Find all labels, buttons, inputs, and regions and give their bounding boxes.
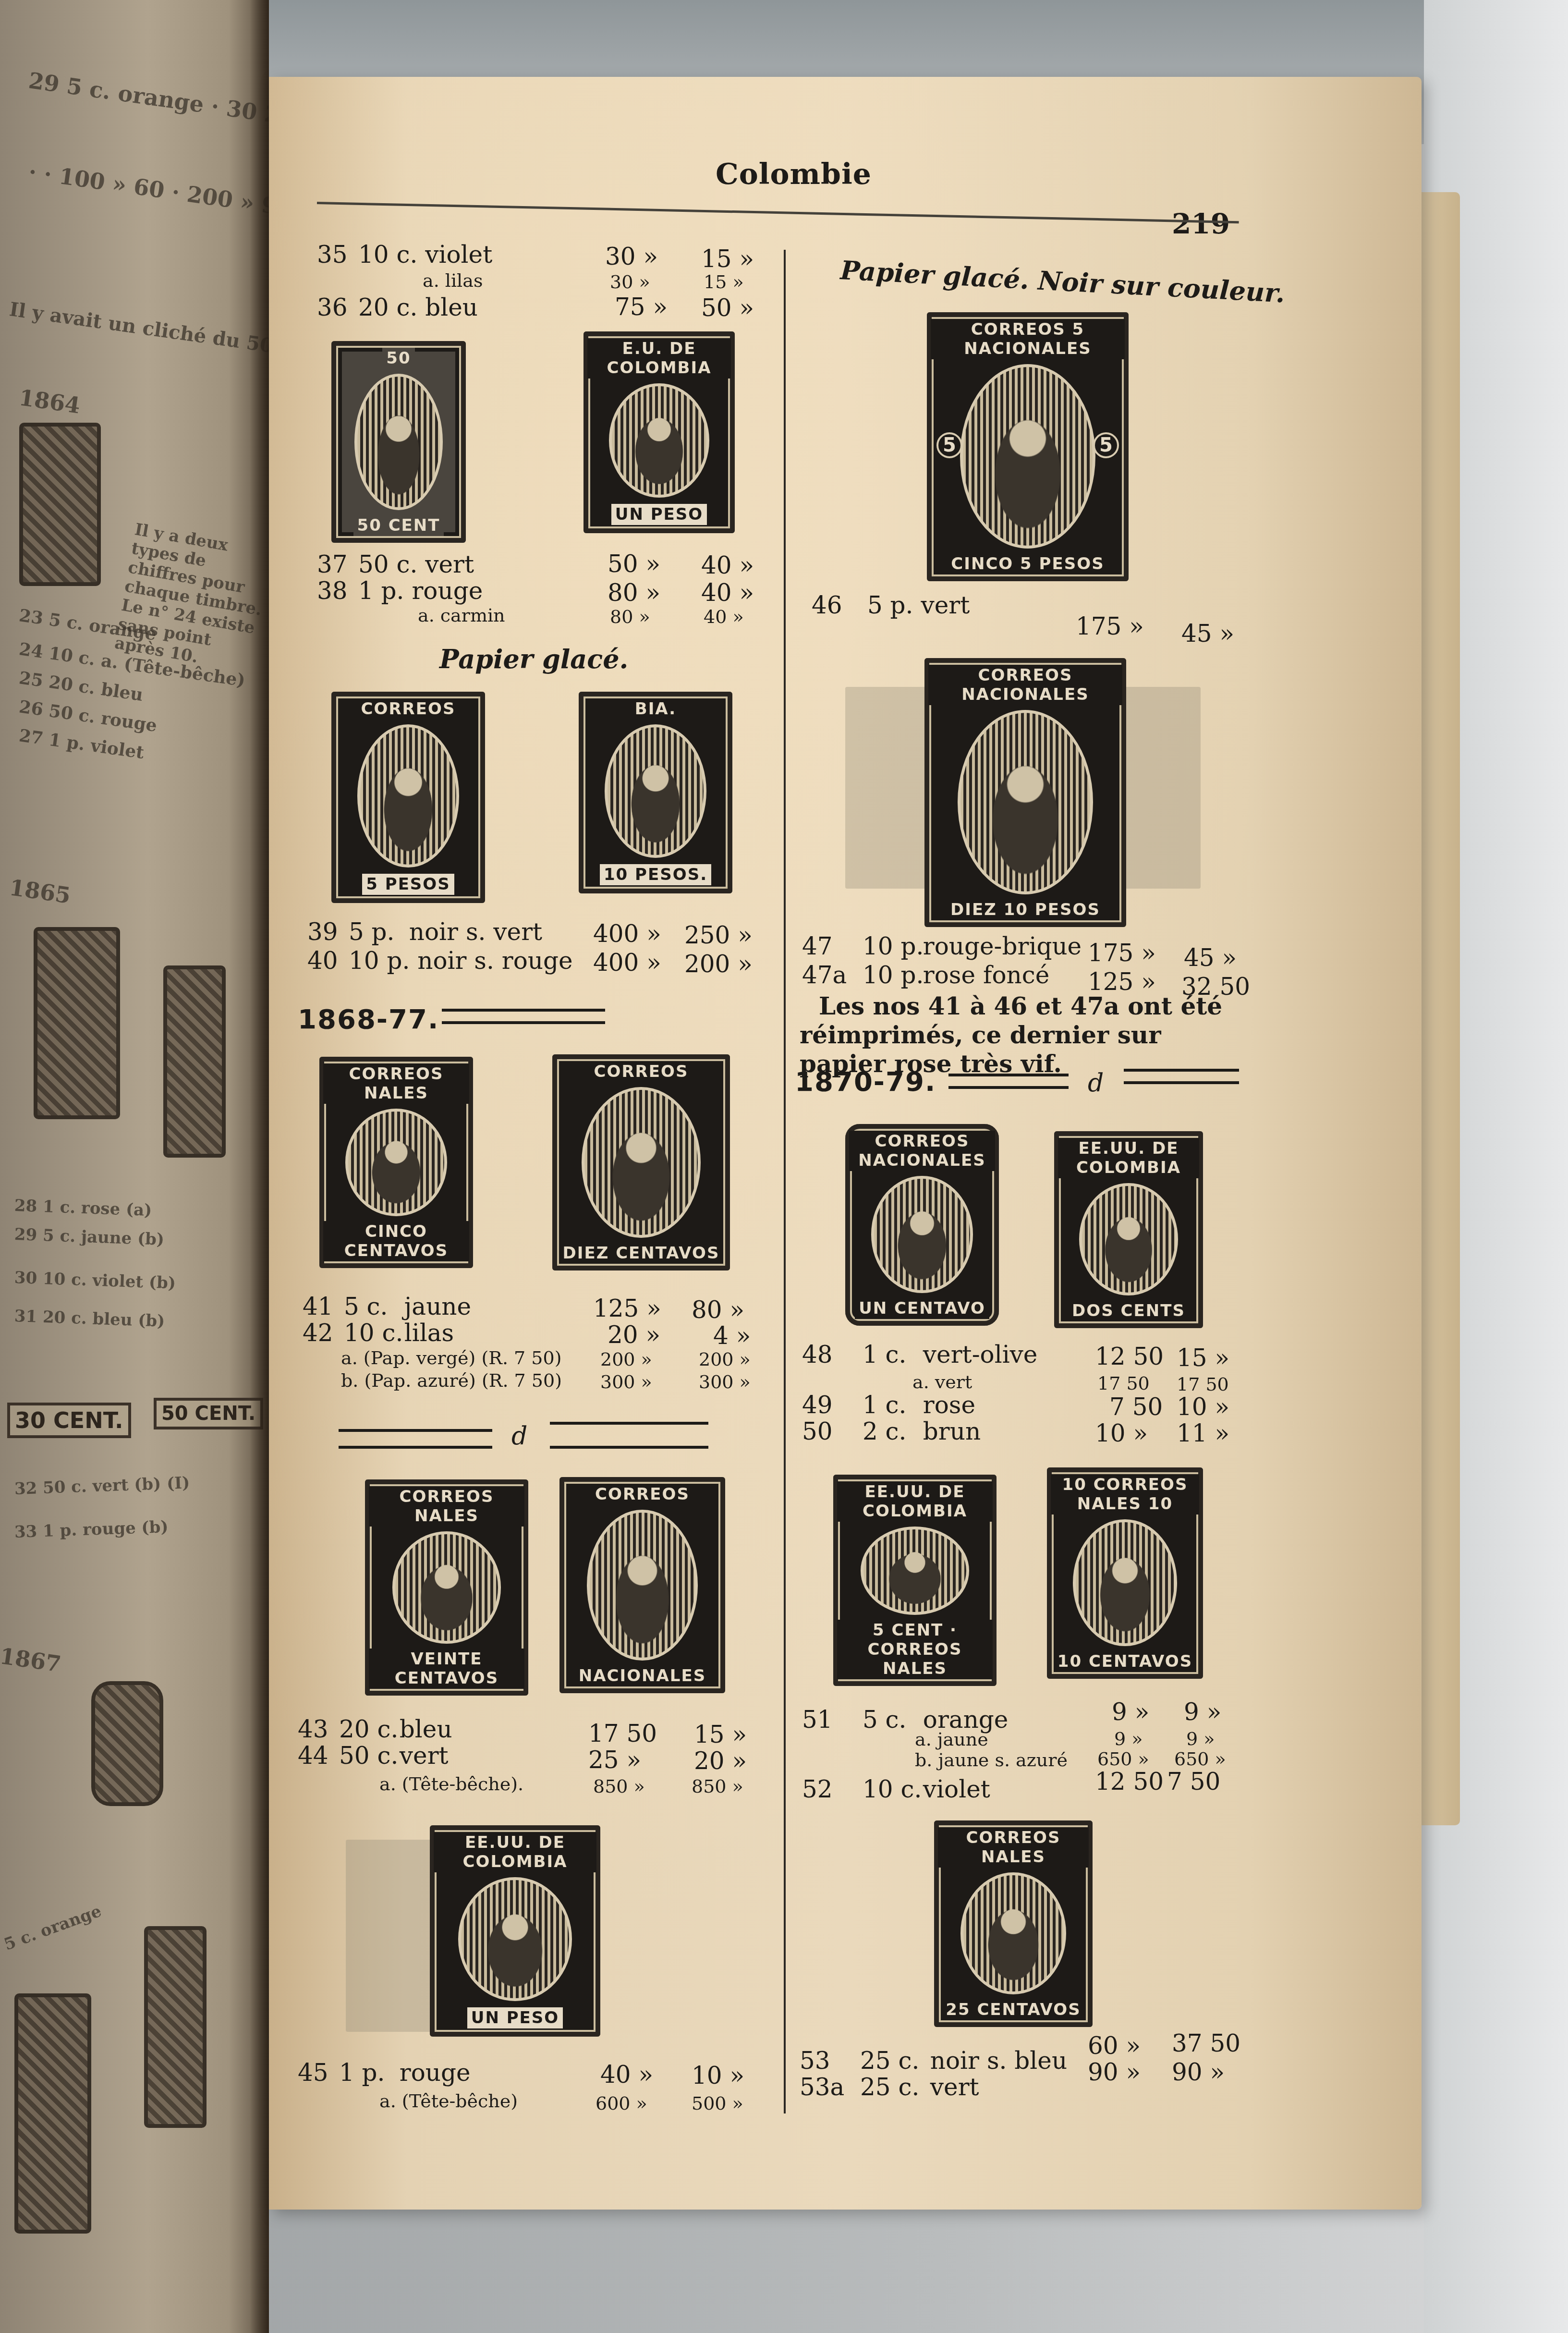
stamp-value: 50 <box>382 348 414 369</box>
entry-number: 44 <box>298 1744 331 1768</box>
stamp-image <box>14 1993 91 2234</box>
catalog-entry: 37 50 c. vert <box>317 552 474 576</box>
price-unused: 400 » <box>593 949 661 977</box>
catalog-entry: 53a 25 c. vert <box>800 2075 979 2099</box>
stamp-caption: 10 CENTAVOS <box>1054 1651 1196 1672</box>
price-used: 50 » <box>701 294 754 322</box>
price-unused: 850 » <box>593 1776 645 1797</box>
stamp-caption: UN CENTAVO <box>855 1298 989 1319</box>
catalog-entry: 47 10 p. rouge-brique <box>802 934 1082 958</box>
catalog-subentry: a. (Tête-bêche) <box>379 2092 518 2110</box>
price-unused: 125 » <box>593 1295 661 1322</box>
stamp-caption: CINCO 5 PESOS <box>947 553 1108 574</box>
stamp-image-10c-1870: 10 CORREOS NALES 10 10 CENTAVOS <box>1047 1467 1203 1679</box>
previous-page-note: Il y a deux types de chiffres pour chaqu… <box>113 520 269 677</box>
price-unused: 40 » <box>600 2061 653 2089</box>
price-unused: 9 » <box>1114 1728 1143 1749</box>
entry-color: jaune <box>404 1295 471 1319</box>
entry-value: 50 c. <box>358 552 417 576</box>
stamp-image-50c: 50 50 CENT <box>331 341 466 543</box>
stamp-caption: CORREOS NALES <box>938 1827 1089 1868</box>
catalog-entry: 35 10 c. violet <box>317 243 492 267</box>
price-used: 300 » <box>699 1371 751 1392</box>
page-edges <box>1422 192 1460 1825</box>
entry-number: 35 <box>317 243 351 267</box>
entry-color: rouge-brique <box>923 934 1082 958</box>
stamp-side-value: 5 <box>1093 432 1119 458</box>
price-unused: 50 » <box>608 550 660 578</box>
stamp-caption: CINCO CENTAVOS <box>323 1221 469 1261</box>
catalog-entry: 47a 10 p. rose foncé <box>802 963 1049 987</box>
type-mark: d <box>511 1422 527 1451</box>
coat-of-arms <box>958 710 1094 894</box>
page-title: Colombie <box>716 158 872 191</box>
entry-color: rose <box>923 1393 975 1417</box>
coat-of-arms <box>1079 1183 1178 1295</box>
stamp-caption: NACIONALES <box>575 1665 710 1686</box>
catalog-entry: 51 5 c. orange <box>802 1708 1008 1732</box>
stamp-caption: CORREOS <box>357 698 460 720</box>
price-unused: 75 » <box>615 293 668 321</box>
entry-color: violet <box>923 1777 990 1801</box>
price-unused: 60 » <box>1088 2032 1141 2060</box>
previous-page-year-1865: 1865 <box>8 874 72 908</box>
previous-page-entry: 31 20 c. bleu (b) <box>14 1307 165 1331</box>
stamp-image <box>34 927 120 1119</box>
stamp-caption: CORREOS <box>590 1061 693 1082</box>
price-unused: 12 50 <box>1095 1768 1164 1796</box>
catalog-subentry: b. jaune s. azuré <box>915 1751 1068 1769</box>
stamp-image <box>144 1926 207 2128</box>
price-used: 45 » <box>1181 620 1234 647</box>
catalog-entry: 39 5 p. noir s. vert <box>307 920 542 944</box>
entry-color: rouge <box>412 579 483 603</box>
stamp-caption: EE.UU. DE COLOMBIA <box>1058 1138 1199 1178</box>
previous-page-year-1864: 1864 <box>17 384 82 418</box>
entry-number: 43 <box>298 1717 331 1741</box>
entry-color: noir s. bleu <box>930 2049 1067 2073</box>
price-used: 15 » <box>704 271 744 293</box>
stamp-image-5c: CORREOS NALES CINCO CENTAVOS <box>319 1057 473 1268</box>
stamp-image-20c: CORREOS NALES VEINTE CENTAVOS <box>365 1479 528 1696</box>
stamp-image-10-pesos-large: CORREOS NACIONALES DIEZ 10 PESOS <box>924 658 1126 927</box>
entry-color: noir s. rouge <box>417 949 572 973</box>
previous-page-entry: 28 1 c. rose (a) <box>14 1196 152 1220</box>
catalog-subentry: a. (Pap. vergé) (R. 7 50) <box>341 1349 562 1367</box>
price-used: 200 » <box>699 1349 751 1370</box>
entry-color: lilas <box>404 1321 454 1345</box>
previous-page-note: Il y avait un cliché du 50 c. <box>8 298 269 361</box>
stamp-caption: DIEZ CENTAVOS <box>559 1243 724 1264</box>
coat-of-arms <box>1073 1519 1177 1646</box>
price-used: 10 » <box>1177 1393 1229 1421</box>
stamp-caption: 5 PESOS <box>361 872 456 896</box>
column-divider <box>784 250 786 2113</box>
price-unused: 175 » <box>1076 612 1144 640</box>
price-used: 15 » <box>1177 1344 1229 1372</box>
entry-color: vert <box>930 2075 979 2099</box>
entry-number: 53a <box>800 2075 852 2099</box>
price-used: 40 » <box>704 606 744 627</box>
entry-value: 10 c. <box>863 1777 915 1801</box>
previous-page-text: · · 100 » 60 · 200 » 90 » <box>27 159 269 224</box>
price-unused: 7 50 <box>1109 1393 1163 1421</box>
entry-value: 5 c. <box>863 1708 915 1732</box>
entry-color: brun <box>923 1419 981 1443</box>
catalog-subentry: b. (Pap. azuré) (R. 7 50) <box>341 1371 562 1390</box>
price-used: 40 » <box>701 579 754 607</box>
entry-value: 5 p. <box>867 593 913 617</box>
section-rule <box>1124 1069 1239 1084</box>
coat-of-arms <box>960 364 1096 549</box>
entry-value: 2 c. <box>863 1419 915 1443</box>
previous-page: 29 5 c. orange · 30 20 c. bleu · · 100 »… <box>0 0 269 2333</box>
catalog-entry: 36 20 c. bleu <box>317 295 478 319</box>
price-unused: 25 » <box>588 1746 641 1774</box>
entry-number: 39 <box>307 920 341 944</box>
stamp-caption: CORREOS NALES <box>323 1063 469 1104</box>
price-unused: 400 » <box>593 920 661 948</box>
stamp-image-50c-centavos: CORREOS NACIONALES <box>559 1477 725 1693</box>
coat-of-arms <box>357 724 460 867</box>
stamp-caption: 25 CENTAVOS <box>942 1999 1084 2020</box>
entry-value: 5 c. <box>344 1295 397 1319</box>
price-used: 37 50 <box>1172 2029 1240 2057</box>
entry-number: 46 <box>812 593 860 617</box>
entry-color: vert-olive <box>923 1343 1038 1367</box>
price-used: 850 » <box>692 1776 743 1797</box>
separator-rule <box>550 1446 708 1449</box>
catalog-entry: 46 5 p. vert <box>812 593 970 617</box>
price-unused: 20 » <box>608 1321 660 1349</box>
catalog-subentry: a. (Tête-bêche). <box>379 1775 523 1793</box>
entry-value: 1 c. <box>863 1393 915 1417</box>
price-used: 4 » <box>713 1322 751 1350</box>
stamp-caption: BIA. <box>631 698 680 720</box>
entry-color: rouge <box>400 2061 471 2085</box>
price-used: 17 50 <box>1177 1374 1229 1395</box>
price-unused: 80 » <box>610 606 650 627</box>
previous-page-entry: 33 1 p. rouge (b) <box>14 1517 169 1542</box>
previous-page-entry: 29 5 c. jaune (b) <box>14 1225 164 1249</box>
price-used: 10 » <box>692 2062 744 2089</box>
separator-rule <box>339 1429 492 1432</box>
stamp-image <box>19 423 101 586</box>
price-used: 40 » <box>701 551 754 579</box>
stamp-caption: UN PESO <box>610 502 708 526</box>
stamp-caption: CORREOS NALES <box>369 1486 524 1527</box>
entry-color: bleu <box>400 1717 452 1741</box>
entry-number: 38 <box>317 579 351 603</box>
entry-color: noir s. vert <box>409 920 542 944</box>
coat-of-arms <box>861 1527 970 1615</box>
entry-value: 25 c. <box>860 2075 923 2099</box>
catalog-entry: 50 2 c. brun <box>802 1419 981 1443</box>
price-unused: 200 » <box>600 1349 652 1370</box>
stamp-image-5-pesos-large: CORREOS 5 NACIONALES CINCO 5 PESOS 5 5 <box>927 312 1129 581</box>
price-unused: 600 » <box>596 2093 647 2114</box>
catalog-entry: 45 1 p. rouge <box>298 2061 471 2085</box>
entry-number: 45 <box>298 2061 331 2085</box>
coat-of-arms <box>871 1176 973 1293</box>
stamp-caption: EE.UU. DE COLOMBIA <box>837 1481 993 1522</box>
stamp-caption: CORREOS 5 NACIONALES <box>931 319 1125 359</box>
entry-number: 50 <box>802 1419 855 1443</box>
section-rule <box>442 1009 605 1024</box>
catalog-subentry: a. carmin <box>418 606 505 624</box>
price-unused: 30 » <box>605 243 658 270</box>
stamp-caption: VEINTE CENTAVOS <box>369 1649 524 1689</box>
price-unused: 650 » <box>1097 1748 1149 1770</box>
catalog-entry: 49 1 c. rose <box>802 1393 975 1417</box>
section-rule <box>948 1074 1069 1089</box>
entry-color: vert <box>400 1744 449 1768</box>
price-used: 200 » <box>684 950 753 978</box>
price-used: 15 » <box>694 1721 747 1748</box>
coat-of-arms <box>458 1877 572 2001</box>
price-used: 9 » <box>1186 1728 1215 1749</box>
entry-value: 10 p. <box>349 949 410 973</box>
previous-page-entry: 30 10 c. violet (b) <box>14 1268 176 1293</box>
price-used: 80 » <box>692 1296 744 1324</box>
entry-color: vert <box>425 552 474 576</box>
previous-page-label-50-cent: 50 CENT. <box>154 1398 263 1429</box>
section-heading-1870-79: 1870-79. <box>795 1066 936 1098</box>
entry-value: 1 p. <box>358 579 404 603</box>
entry-value: 10 c. <box>344 1321 397 1345</box>
price-unused: 80 » <box>608 579 660 607</box>
entry-number: 52 <box>802 1777 855 1801</box>
stamp-image <box>91 1681 163 1806</box>
price-used: 15 » <box>701 245 754 273</box>
entry-value: 10 c. <box>358 243 417 267</box>
entry-number: 47 <box>802 934 855 958</box>
price-used: 9 » <box>1184 1698 1221 1726</box>
entry-value: 25 c. <box>860 2049 923 2073</box>
price-unused: 175 » <box>1088 939 1156 967</box>
stamp-image-25c: CORREOS NALES 25 CENTAVOS <box>934 1820 1093 2027</box>
entry-value: 10 p. <box>863 963 915 987</box>
section-subheading: Papier glacé. <box>439 644 628 674</box>
stamp-image-10c: CORREOS DIEZ CENTAVOS <box>552 1054 730 1270</box>
stamp-image-5c-1870: EE.UU. DE COLOMBIA 5 CENT · CORREOS NALE… <box>833 1475 997 1686</box>
price-used: 250 » <box>684 921 753 949</box>
stamp-caption: E.U. DE COLOMBIA <box>587 338 731 379</box>
coat-of-arms <box>587 1510 697 1661</box>
stamp-image <box>163 965 226 1158</box>
catalog-subentry: a. vert <box>912 1373 972 1391</box>
stamp-image-5-pesos: CORREOS 5 PESOS <box>331 692 485 903</box>
price-used: 7 50 <box>1167 1768 1220 1796</box>
reprint-note: Les nos 41 à 46 et 47a ont été réimprimé… <box>800 992 1251 1078</box>
coat-of-arms <box>960 1872 1066 1994</box>
price-unused: 30 » <box>610 271 650 293</box>
coat-of-arms <box>345 1109 448 1216</box>
stamp-caption: 10 PESOS. <box>598 863 713 887</box>
catalog-entry: 48 1 c. vert-olive <box>802 1343 1037 1367</box>
price-unused: 10 » <box>1095 1419 1148 1447</box>
stamp-image-un-peso: EE.UU. DE COLOMBIA UN PESO <box>430 1825 600 2037</box>
entry-number: 53 <box>800 2049 852 2073</box>
catalog-entry: 44 50 c. vert <box>298 1744 449 1768</box>
separator-rule <box>550 1422 708 1425</box>
stamp-caption: DOS CENTS <box>1068 1300 1189 1321</box>
entry-number: 47a <box>802 963 855 987</box>
price-used: 500 » <box>692 2093 743 2114</box>
book-gutter <box>250 0 269 2333</box>
catalog-entry: 52 10 c. violet <box>802 1777 990 1801</box>
stamp-caption: UN PESO <box>466 2006 564 2030</box>
coat-of-arms <box>354 374 443 510</box>
coat-of-arms <box>609 383 709 498</box>
type-mark: d <box>1088 1069 1104 1098</box>
price-used: 11 » <box>1177 1419 1229 1447</box>
entry-color: rose foncé <box>923 963 1050 987</box>
separator-rule <box>339 1446 492 1449</box>
catalog-entry: 43 20 c. bleu <box>298 1717 452 1741</box>
entry-value: 20 c. <box>339 1717 392 1741</box>
price-unused: 9 » <box>1112 1698 1149 1726</box>
price-used: 90 » <box>1172 2058 1225 2086</box>
coat-of-arms <box>392 1531 501 1644</box>
price-unused: 90 » <box>1088 2058 1141 2086</box>
entry-value: 10 p. <box>863 934 915 958</box>
entry-number: 49 <box>802 1393 855 1417</box>
price-unused: 12 50 <box>1095 1343 1164 1370</box>
catalog-entry: 41 5 c. jaune <box>303 1295 471 1319</box>
price-unused: 17 50 <box>588 1720 657 1747</box>
catalog-entry: 42 10 c. lilas <box>303 1321 454 1345</box>
previous-page-entry: 5 c. orange <box>1 1901 104 1954</box>
price-unused: 17 50 <box>1097 1373 1150 1394</box>
coat-of-arms <box>605 724 707 858</box>
stamp-caption: 10 CORREOS NALES 10 <box>1051 1474 1199 1515</box>
entry-value: 1 c. <box>863 1343 915 1367</box>
stamp-caption: CORREOS NACIONALES <box>849 1131 995 1171</box>
entry-number: 41 <box>303 1295 336 1319</box>
entry-color: vert <box>921 593 970 617</box>
entry-number: 40 <box>307 949 341 973</box>
catalog-subentry: a. lilas <box>423 271 483 290</box>
entry-value: 50 c. <box>339 1744 392 1768</box>
catalog-entry: 38 1 p. rouge <box>317 579 483 603</box>
previous-page-entry: 32 50 c. vert (b) (I) <box>14 1473 190 1499</box>
price-used: 20 » <box>694 1747 747 1775</box>
section-heading-1868-77: 1868-77. <box>298 1004 439 1035</box>
price-unused: 300 » <box>600 1371 652 1392</box>
entry-number: 42 <box>303 1321 336 1345</box>
entry-number: 48 <box>802 1343 855 1367</box>
price-used: 650 » <box>1174 1748 1226 1770</box>
stamp-caption: 50 CENT <box>353 515 444 536</box>
entry-value: 1 p. <box>339 2061 392 2085</box>
stamp-side-value: 5 <box>936 432 962 458</box>
stamp-caption: EE.UU. DE COLOMBIA <box>434 1832 596 1872</box>
previous-page-text: 29 5 c. orange · 30 20 c. bleu <box>27 67 269 143</box>
previous-page-year-1867: 1867 <box>0 1643 63 1677</box>
stamp-caption: CORREOS <box>591 1484 693 1505</box>
page-number: 219 <box>1172 208 1230 240</box>
previous-page-label-30-cent: 30 CENT. <box>7 1403 131 1438</box>
catalog-entry: 53 25 c. noir s. bleu <box>800 2049 1067 2073</box>
entry-color: violet <box>425 243 492 267</box>
entry-number: 37 <box>317 552 351 576</box>
stamp-image-1c: CORREOS NACIONALES UN CENTAVO <box>845 1124 999 1326</box>
price-used: 45 » <box>1184 944 1237 972</box>
entry-color: bleu <box>425 295 478 319</box>
entry-color: orange <box>923 1708 1009 1732</box>
stamp-caption: 5 CENT · CORREOS NALES <box>837 1620 993 1679</box>
catalog-subentry: a. jaune <box>915 1730 988 1748</box>
stamp-caption: CORREOS NACIONALES <box>928 665 1122 705</box>
entry-value: 20 c. <box>358 295 417 319</box>
coat-of-arms <box>582 1087 701 1238</box>
entry-value: 5 p. <box>349 920 401 944</box>
catalog-entry: 40 10 p. noir s. rouge <box>307 949 573 973</box>
entry-number: 36 <box>317 295 351 319</box>
stamp-caption: DIEZ 10 PESOS <box>947 899 1104 920</box>
stamp-image-10-pesos: BIA. 10 PESOS. <box>579 692 732 893</box>
entry-number: 51 <box>802 1708 855 1732</box>
stamp-image-1p: E.U. DE COLOMBIA UN PESO <box>583 331 735 533</box>
stamp-image-2c: EE.UU. DE COLOMBIA DOS CENTS <box>1054 1131 1203 1328</box>
